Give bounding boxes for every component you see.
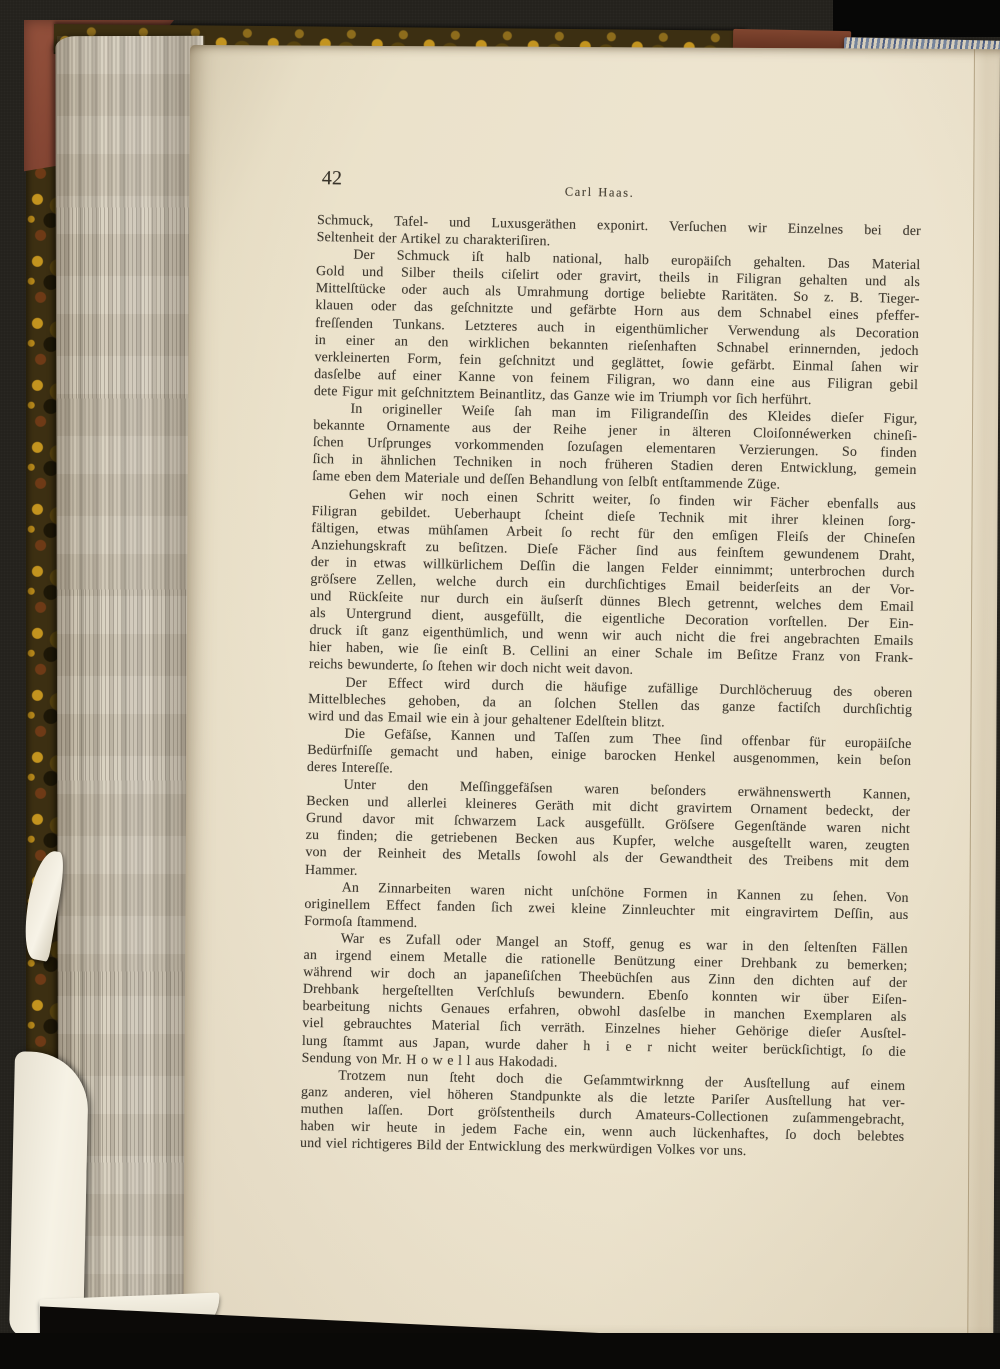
paragraph: Der Schmuck iſt halb national, halb euro… [314,246,921,411]
paragraph: In origineller Weiſe ſah man im Filigran… [312,400,917,497]
paragraph-container: Schmuck, Tafel- und Luxusgeräthen exponi… [300,212,921,1163]
paragraph: Gehen wir noch einen Schritt weiter, ſo … [309,485,916,684]
paragraph: War es Zufall oder Mangel an Stoff, genu… [302,930,908,1078]
paragraph: Trotzem nun ſteht doch die Geſammtwirknn… [300,1067,905,1164]
background-black-corner [833,0,1000,37]
scanned-book-photo: { "page": { "page_number": "42", "runnin… [0,0,1000,1369]
running-header: Carl Haas. [317,180,881,205]
paragraph: Unter den Meſſinggefäſsen waren beſonder… [305,776,911,890]
endpaper-curl [9,1051,89,1338]
gutter-crease [967,49,1000,1341]
background-bottom-band [0,1333,1000,1369]
text-block: 42 Carl Haas. Schmuck, Tafel- und Luxusg… [300,167,922,1163]
